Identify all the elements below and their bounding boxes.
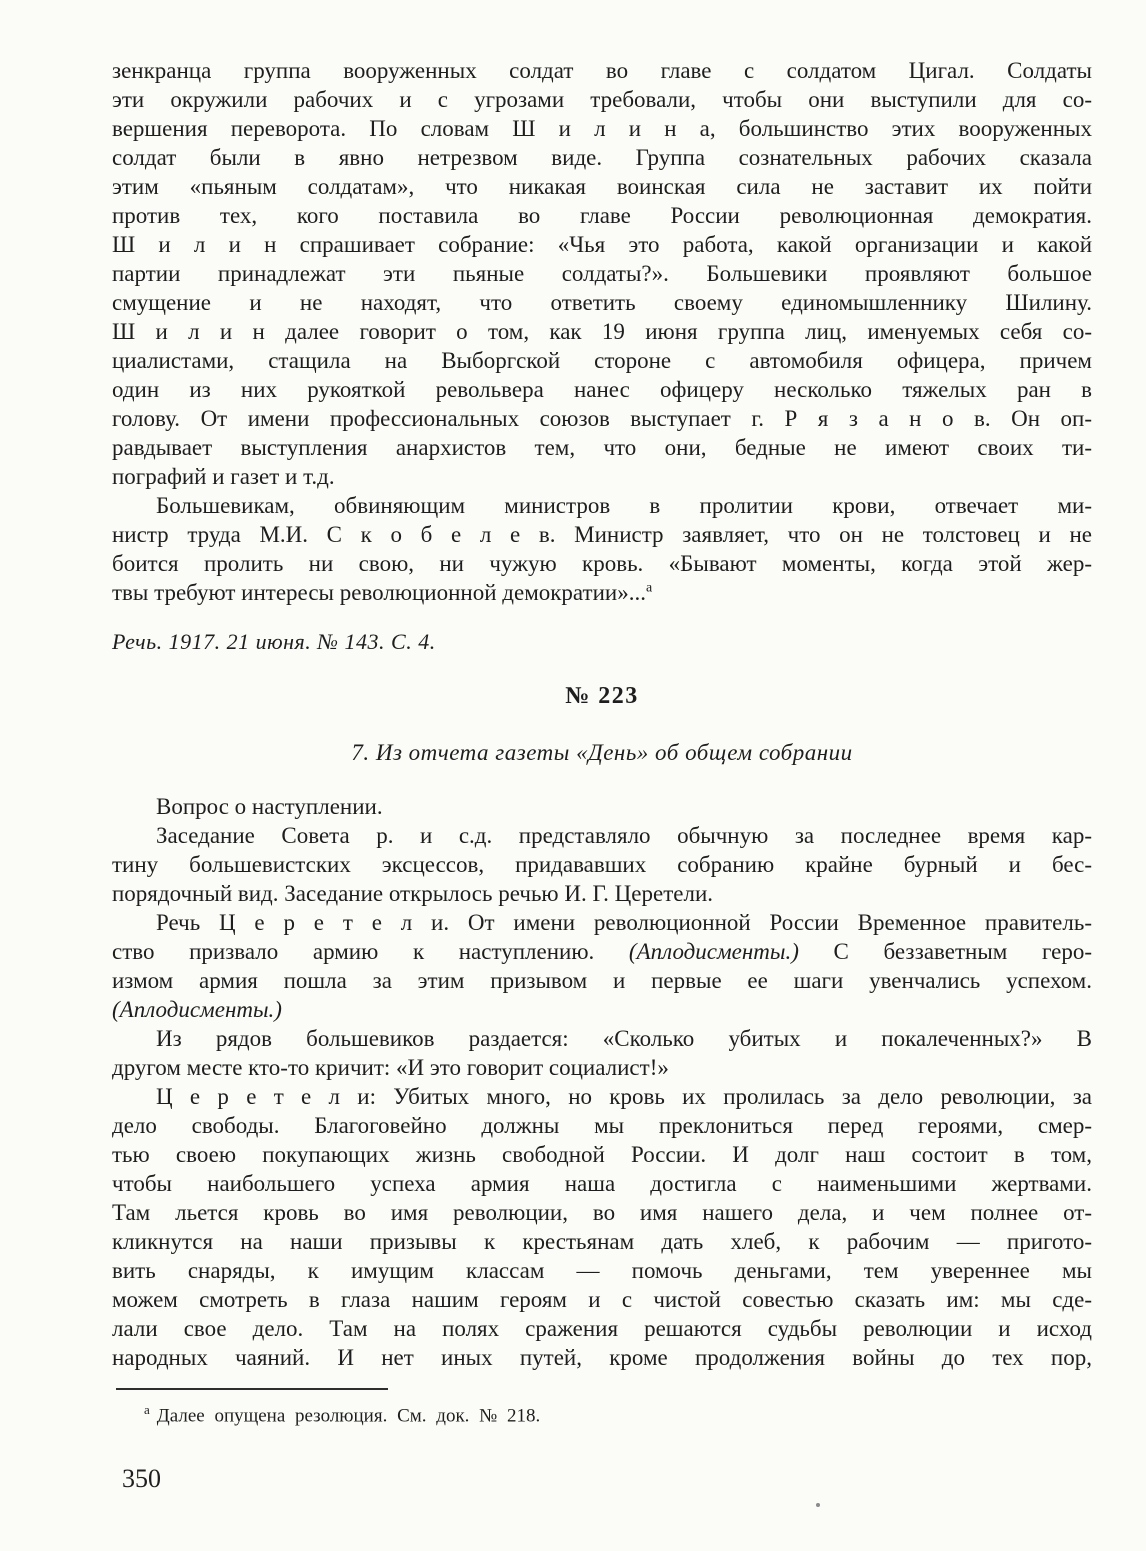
- text-line: Большевикам, обвиняющим министров в прол…: [112, 491, 1092, 520]
- text-line: Речь Ц е р е т е л и. От имени революцио…: [112, 908, 1092, 937]
- body-paragraph: Вопрос о наступлении.: [112, 792, 1092, 821]
- text-line: равдывает выступления анархистов тем, чт…: [112, 433, 1092, 462]
- text-line: можем смотреть в глаза нашим героям и с …: [112, 1285, 1092, 1314]
- footnote: аДалее опущена резолюция. См. док. № 218…: [112, 1396, 1092, 1429]
- body-paragraph: Речь Ц е р е т е л и. От имени революцио…: [112, 908, 1092, 1024]
- continuation-text: зенкранца группа вооруженных солдат во г…: [112, 56, 1092, 607]
- text-line: вить снаряды, к имущим классам — помочь …: [112, 1256, 1092, 1285]
- body-paragraph: Большевикам, обвиняющим министров в прол…: [112, 491, 1092, 607]
- text-line: измом армия пошла за этим призывом и пер…: [112, 966, 1092, 995]
- text-line: Вопрос о наступлении.: [112, 792, 1092, 821]
- text-line: Ш и л и н далее говорит о том, как 19 ию…: [112, 317, 1092, 346]
- text-line: Из рядов большевиков раздается: «Сколько…: [112, 1024, 1092, 1053]
- text-column: зенкранца группа вооруженных солдат во г…: [112, 56, 1092, 1429]
- text-line: Там льется кровь во имя революции, во им…: [112, 1198, 1092, 1227]
- body-paragraph: Ц е р е т е л и: Убитых много, но кровь …: [112, 1082, 1092, 1372]
- document-number-heading: № 223: [112, 683, 1092, 710]
- text-line: вершения переворота. По словам Ш и л и н…: [112, 114, 1092, 143]
- page: зенкранца группа вооруженных солдат во г…: [0, 0, 1146, 1551]
- body-paragraph: Из рядов большевиков раздается: «Сколько…: [112, 1024, 1092, 1082]
- body-paragraph: Заседание Совета р. и с.д. представляло …: [112, 821, 1092, 908]
- text-line: дело свободы. Благоговейно должны мы пре…: [112, 1111, 1092, 1140]
- text-line: ство призвало армию к наступлению. (Апло…: [112, 937, 1092, 966]
- text-line: чтобы наибольшего успеха армия наша дост…: [112, 1169, 1092, 1198]
- text-line: циалистами, стащила на Выборгской сторон…: [112, 346, 1092, 375]
- text-line: (Аплодисменты.): [112, 995, 1092, 1024]
- text-line: нистр труда М.И. С к о б е л е в. Минист…: [112, 520, 1092, 549]
- scan-speck: [816, 1503, 820, 1507]
- text-line: смущение и не находят, что ответить свое…: [112, 288, 1092, 317]
- text-line: тину большевистских эксцессов, придававш…: [112, 850, 1092, 879]
- text-line: голову. От имени профессиональных союзов…: [112, 404, 1092, 433]
- text-line: боится пролить ни свою, ни чужую кровь. …: [112, 549, 1092, 578]
- footnote-text: Далее опущена резолюция. См. док. № 218.: [157, 1405, 541, 1426]
- text-line: солдат были в явно нетрезвом виде. Групп…: [112, 143, 1092, 172]
- document-text: Вопрос о наступлении.Заседание Совета р.…: [112, 792, 1092, 1372]
- text-line: зенкранца группа вооруженных солдат во г…: [112, 56, 1092, 85]
- text-line: против тех, кого поставила во главе Росс…: [112, 201, 1092, 230]
- text-line: кликнутся на наши призывы к крестьянам д…: [112, 1227, 1092, 1256]
- text-line: Ц е р е т е л и: Убитых много, но кровь …: [112, 1082, 1092, 1111]
- footnote-separator: [116, 1388, 388, 1390]
- text-line: другом месте кто-то кричит: «И это говор…: [112, 1053, 1092, 1082]
- document-title: 7. Из отчета газеты «День» об общем собр…: [112, 740, 1092, 766]
- body-paragraph: зенкранца группа вооруженных солдат во г…: [112, 56, 1092, 491]
- text-line: эти окружили рабочих и с угрозами требов…: [112, 85, 1092, 114]
- text-line: порядочный вид. Заседание открылось речь…: [112, 879, 1092, 908]
- footnote-marker: а: [144, 1402, 150, 1417]
- text-line: тью своею покупающих жизнь свободной Рос…: [112, 1140, 1092, 1169]
- text-line: этим «пьяным солдатам», что никакая воин…: [112, 172, 1092, 201]
- source-citation: Речь. 1917. 21 июня. № 143. С. 4.: [112, 629, 1092, 655]
- text-line: пографий и газет и т.д.: [112, 462, 1092, 491]
- text-line: партии принадлежат эти пьяные солдаты?».…: [112, 259, 1092, 288]
- scanned-book-page: { "colors": { "paper": "#fbfbf8", "ink":…: [0, 0, 1146, 1551]
- text-line: один из них рукояткой револьвера нанес о…: [112, 375, 1092, 404]
- page-number: 350: [122, 1464, 161, 1494]
- text-line: лали свое дело. Там на полях сражения ре…: [112, 1314, 1092, 1343]
- text-line: Заседание Совета р. и с.д. представляло …: [112, 821, 1092, 850]
- text-line: твы требуют интересы революционной демок…: [112, 578, 1092, 607]
- text-line: народных чаяний. И нет иных путей, кроме…: [112, 1343, 1092, 1372]
- text-line: Ш и л и н спрашивает собрание: «Чья это …: [112, 230, 1092, 259]
